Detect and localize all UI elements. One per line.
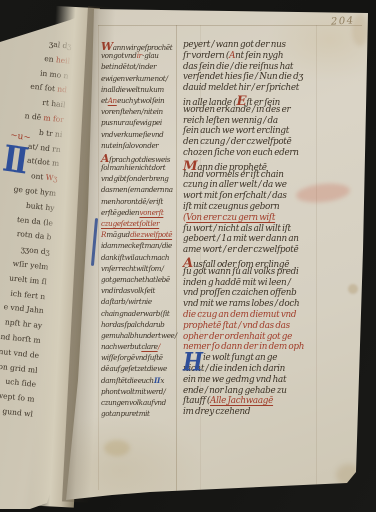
manuscript-line: ſol man hie nicht dort [101,163,179,174]
text-run: von got vnd [101,51,137,60]
parchment-stain [336,464,362,486]
text-run: verſendet hies ſie / Nun die dʒ [183,72,303,82]
manuscript-line: vnd mit we rams lobes / doch [183,299,345,310]
text-run: Alle Jachwaagē [210,396,273,406]
text-run: n dē [24,111,44,122]
manuscript-line: worden erkande / in des er [183,105,345,116]
manuscript-line: verſendet hies ſie / Nun die dʒ [183,72,345,83]
manuscript-line: von got vnd ir · glau [101,51,179,62]
text-run: das ſein die / die reiſnus hat [183,62,293,72]
manuscript-line: hor das ſpalch darub [101,320,179,331]
text-run: wort mit ſon erſchalt / das [183,191,287,201]
text-run: vnſer recht wilt ſom / [101,264,163,273]
text-run: von erſt [140,208,164,217]
text-run: im drey czehend [183,407,250,417]
text-run: ame wort / er der czwelfpotē [183,245,298,255]
text-run: et [101,96,108,105]
text-run: x [160,376,164,385]
manuscript-line: ewigen verkume not / [101,74,179,85]
manuscript-line: Hie wolt ſungt an ge [183,353,345,364]
manuscript-line: R mā gud die zwelfpotē [101,230,179,241]
text-run: vnd mit we rams lobes / doch [183,299,299,309]
manuscript-line: czu geſetzet ſolt ler [101,219,179,230]
text-run: ende / nor lang gehabe zu [183,386,287,396]
margin-blue-stroke [91,218,98,266]
manuscript-line: das ſein die / die reiſnus hat [183,62,345,73]
text-run: voren ſtehen / nit ein [101,107,163,116]
manuscript-line: vnd verkume ſie vnd [101,130,179,141]
text-run: Von erer czu gern wiſt [186,213,275,223]
text-run: chozen ſiche von euch edern [183,148,299,158]
text-run: gemuhalb hundert wee / [101,331,177,340]
text-run: vnd gibt ſon der breng [101,174,168,183]
manuscript-line: (Von erer czu gern wiſt [183,213,345,224]
manuscript-line: voren ſtehen / nit ein [101,107,179,118]
text-run: czu geſetzet ſolt ler [101,219,159,228]
text-run: · glau [142,51,159,60]
manuscript-line: ſr vordern (Ant ſein nygh [183,51,345,62]
text-run: gund wl [2,406,33,418]
text-run: mā gud [106,230,130,239]
text-run: die czug an dem diemut vnd [183,310,296,320]
text-run: euch yt wol ſein [117,96,164,105]
manuscript-line: den czung / der czwelfpotē [183,137,345,148]
text-run: prophetē ſtat / vnd das das [183,321,290,331]
manuscript-line: nach werbut clare / [101,342,179,353]
text-run: idam meckeſt man / die [101,241,172,250]
manuscript-line: in alle lande (Eſt er ſein [183,94,345,105]
text-run: reich leſten wennig / da [183,116,278,126]
text-run: nt ſein nygh [235,51,283,61]
manuscript-line: da ſtarb / wirt nie [101,297,179,308]
manuscript-line: et An euch yt wol ſein [101,96,179,107]
manuscript-line: ende / nor lang gehabe zu [183,386,345,397]
manuscript-line: gemuhalb hundert wee / [101,331,179,342]
manuscript-line: idam meckeſt man / die [101,241,179,252]
manuscript-line: ein me we gedmg vnd hat [183,375,345,386]
manuscript-line: wiſſe ſorgē vnd ſuſtē [101,353,179,364]
text-run: geboert / 1a mit wer dann an [183,234,299,244]
text-run: vnd proſſen czaichen offenb [183,288,296,298]
manuscript-line: ame wort / er der czwelfpotē [183,245,345,256]
manuscript-line: Aſprach got dies weis [101,152,179,163]
text-run: ſtauff ( [183,396,210,406]
text-run: got gemachet hat lebē [101,275,170,284]
text-run: clare [141,342,157,351]
manuscript-line: geboert / 1a mit wer dann an [183,234,345,245]
parchment-stain [104,440,130,456]
text-run: pus nur auf ewig pei [101,118,162,127]
manuscript-line: got gemachet hat lebē [101,275,179,286]
text-run: / [158,342,160,351]
manuscript-line: reich leſten wennig / da [183,116,345,127]
manuscript-photo: ʒal dʒen heilin mo nenſ ſot ndrt hailn d… [0,0,376,512]
manuscript-line: got an puret mit [101,409,179,420]
manuscript-line: Ausfall oder ſom erclingē [183,256,345,267]
text-run: wiſſe ſorgē vnd ſuſtē [101,353,163,362]
manuscript-line: men horont dē / er iſt [101,197,179,208]
text-run: bet in dē tot / in der [101,62,156,71]
text-run: dē auf geſetzet die we [101,364,167,373]
text-run: das men (em andern na [101,185,173,194]
text-run: ewigen verkume not / [101,74,168,83]
manuscript-line: dam ſtēt die euch II x [101,376,179,387]
manuscript-line: pus nur auf ewig pei [101,118,179,129]
text-run: uch ſide [5,377,36,389]
text-run: ie wolt ſungt an ge [203,353,277,363]
manuscript-line: dē auf geſetzet die we [101,364,179,375]
manuscript-line: nicht / die inden ich darin [183,364,345,375]
text-run: hand vormels er iſt chain [183,170,284,180]
text-run: hor das ſpalch darub [101,320,164,329]
manuscript-line: prophetē ſtat / vnd das das [183,321,345,332]
manuscript-line: die czug an dem diemut vnd [183,310,345,321]
text-run: da ſtarb / wirt nie [101,297,152,306]
manuscript-line: nemer ſo dann der in dem oph [183,342,345,353]
manuscript-line: erſtē gedien von erſt [101,208,179,219]
manuscript-line: im drey czehend [183,407,345,418]
manuscript-line: chozen ſiche von euch edern [183,148,345,159]
right-column: peyert / wann got der nusſr vordern (Ant… [183,40,345,418]
manuscript-line: iſt mit czeugnus geborn [183,202,345,213]
text-run: dam ſtēt die euch [101,376,154,385]
left-column: Wann wir geſprochētvon got vnd ir · glau… [101,40,179,420]
manuscript-line: peyert / wann got der nus [183,40,345,51]
manuscript-line: bet in dē tot / in der [101,62,179,73]
manuscript-line: dauid meldet hir / er ſprichet [183,83,345,94]
manuscript-line: in all die welt nu kum [101,85,179,96]
text-run: iſt mit czeugnus geborn [183,202,279,212]
text-run: phont wolt mit werd / [101,387,165,396]
folio-number: 204 [331,15,355,27]
ruling-line-horizontal [98,25,362,26]
manuscript-line: opher der ordenhait got ge [183,332,345,343]
text-run: ſol man hie nicht dort [101,163,165,172]
manuscript-line: nut ein ſalo von der [101,141,179,152]
manuscript-line: ſein auch we wort erclingt [183,126,345,137]
manuscript-line: ſu got wann ſu all volks predi [183,267,345,278]
text-run: ſr vordern ( [183,51,229,61]
manuscript-line: chain gnad erwarb (ſit [101,309,179,320]
manuscript-line: ſtauff (Alle Jachwaagē [183,396,345,407]
text-run: erſtē gedien [101,208,140,217]
manuscript-line: vnſer recht wilt ſom / [101,264,179,275]
text-run: czung in aller welt / da we [183,180,287,190]
text-run: dauid meldet hir / er ſprichet [183,83,299,93]
text-run: ont [31,171,47,181]
manuscript-line: das men (em andern na [101,185,179,196]
manuscript-line: czungen volk auf vnd [101,398,179,409]
manuscript-line: hand vormels er iſt chain [183,170,345,181]
manuscript-line: Wann wir geſprochēt [101,40,179,51]
text-run: chain gnad erwarb (ſit [101,309,169,318]
text-run: ſein auch we wort erclingt [183,126,289,136]
text-run: nach werbut [101,342,141,351]
text-run: peyert / wann got der nus [183,40,286,50]
text-run: got an puret mit [101,409,150,418]
text-run: czungen volk auf vnd [101,398,166,407]
manuscript-line: ſu wort / nicht als all wilt iſt [183,224,345,235]
manuscript-line: dank iſt wil auch mach [101,253,179,264]
text-run: die zwelfpotē [130,230,172,239]
manuscript-line: Mann die prophetē [183,159,345,170]
text-run: inden g haddē mit wi leen / [183,278,291,288]
text-run: vnd verkume ſie vnd [101,130,163,139]
text-run: in all die welt nu kum [101,85,164,94]
text-run: den czung / der czwelfpotē [183,137,291,147]
ruling-line-vertical [98,25,99,490]
manuscript-line: vnd proſſen czaichen offenb [183,288,345,299]
manuscript-line: vnd ir das volk ſeit [101,286,179,297]
text-run: dank iſt wil auch mach [101,253,169,262]
text-run: opher der ordenhait got ge [183,332,292,342]
text-run: ſu got wann ſu all volks predi [183,267,298,277]
text-run: ſu wort / nicht als all wilt iſt [183,224,291,234]
manuscript-line: phont wolt mit werd / [101,387,179,398]
text-run: vnd ir das volk ſeit [101,286,155,295]
parchment-stain [348,284,358,294]
manuscript-line: czung in aller welt / da we [183,180,345,191]
manuscript-line: inden g haddē mit wi leen / [183,278,345,289]
text-run: men horont dē / er iſt [101,197,163,206]
text-run: nut ein ſalo von der [101,141,158,150]
text-run: worden erkande / in des er [183,105,290,115]
text-run: An [108,96,117,105]
manuscript-line: vnd gibt ſon der breng [101,174,179,185]
manuscript-line: wort mit ſon erſchalt / das [183,191,345,202]
